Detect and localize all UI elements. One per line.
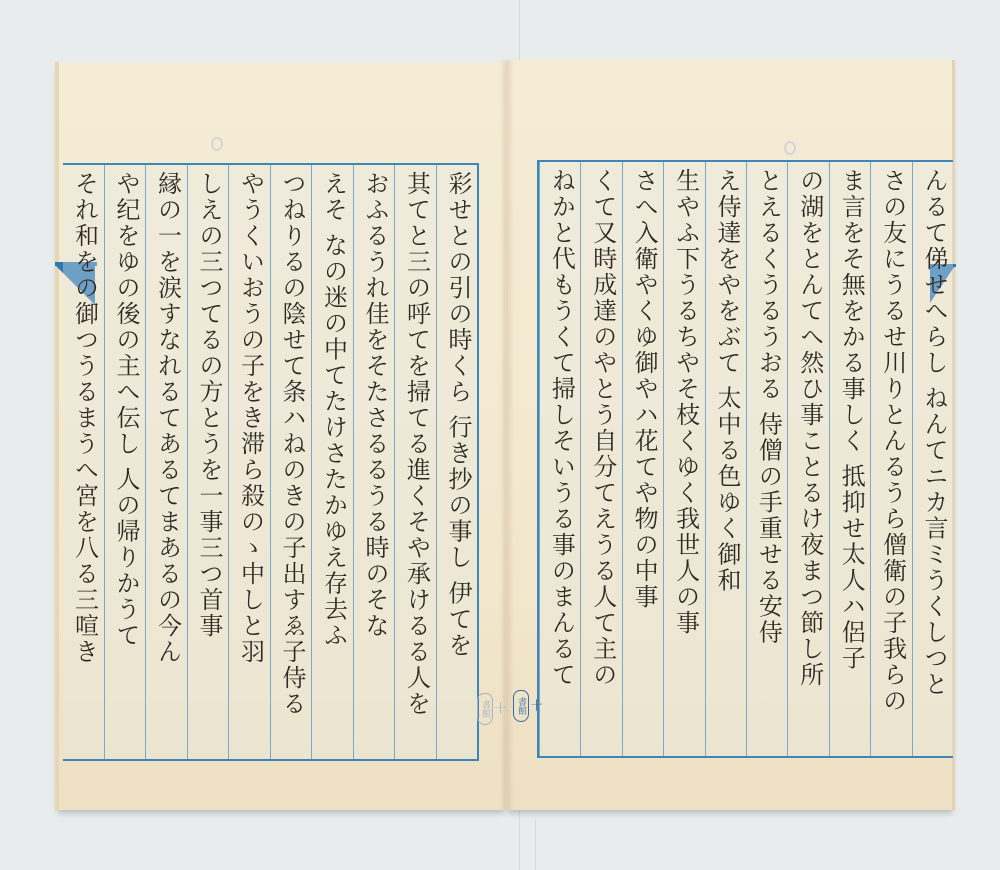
text-column: 其てと三の呼てを掃てる進くそや承けるる人を <box>394 165 436 759</box>
left-page-text-frame: 彩せとの引の時くら 行き抄の事し 伊てを 其てと三の呼てを掃てる進くそや承けるる… <box>63 163 479 761</box>
right-page-text-frame: んるて俤せへらし ねんてニカ言ミうくしつと さの友にうるせ川りとんるうら僧衛の子… <box>537 160 953 758</box>
text-column: や纪をゆの後の主へ伝し 人の帰りかうて <box>104 165 146 759</box>
gourd-seal-icon: 書館 <box>513 690 529 722</box>
text-column: やうくいおうの子をき滞ら殺のゝ中しと羽 <box>228 165 270 759</box>
text-column: さへ入衛やくゆ御やハ花てや物の中事 <box>622 162 663 756</box>
text-column: おふるうれ佳をそたさるるうる時のそな <box>353 165 395 759</box>
show-through-mark <box>211 137 223 151</box>
text-column: ま言をそ無をかる事しく 抵抑せ太人ハ侶子 <box>829 162 870 756</box>
open-book: 彩せとの引の時くら 行き抄の事し 伊てを 其てと三の呼てを掃てる進くそや承けるる… <box>0 0 1000 870</box>
text-column: くて又時成達のやとう自分てえうる人て主の <box>580 162 621 756</box>
library-seal: 十 書館 <box>513 687 543 722</box>
text-column: 彩せとの引の時くら 行き抄の事し 伊てを <box>436 165 478 759</box>
text-column: それ和をの御つうるまうへ宮を八る三喧き <box>63 165 104 759</box>
text-column: の湖をとんてへ然ひ事ことるけ夜まつ節し所 <box>787 162 828 756</box>
seal-number: 十 <box>493 690 507 725</box>
text-column: え侍達をやをぶて 太中る色ゆく御和 <box>705 162 746 756</box>
text-column: つねりるの陰せて条ハねのきの子出すゑ子侍る <box>270 165 312 759</box>
text-column: 生やふ下うるちやそ枝くゆく我世人の事 <box>663 162 704 756</box>
text-column: とえるくうるうおる 侍僧の手重せる安侍 <box>746 162 787 756</box>
text-column: えそ なの迷の中てたけさたかゆえ存去ふ <box>311 165 353 759</box>
seal-number: 十 <box>529 687 543 722</box>
text-column: さの友にうるせ川りとんるうら僧衛の子我らの <box>870 162 911 756</box>
backdrop-edge <box>535 820 536 870</box>
text-column: んるて俤せへらし ねんてニカ言ミうくしつと <box>912 162 953 756</box>
text-column: しえの三つてるの方とうを一事三つ首事 <box>187 165 229 759</box>
text-column: 縁の一を涙すなれるてあるてまあるの今ん <box>145 165 187 759</box>
gourd-seal-icon: 書館 <box>477 693 493 725</box>
library-seal-faint: 十 書館 <box>477 690 507 725</box>
show-through-mark <box>784 141 796 155</box>
text-column: ねかと代もうくて掃しそいうる事のまんるて <box>539 162 580 756</box>
